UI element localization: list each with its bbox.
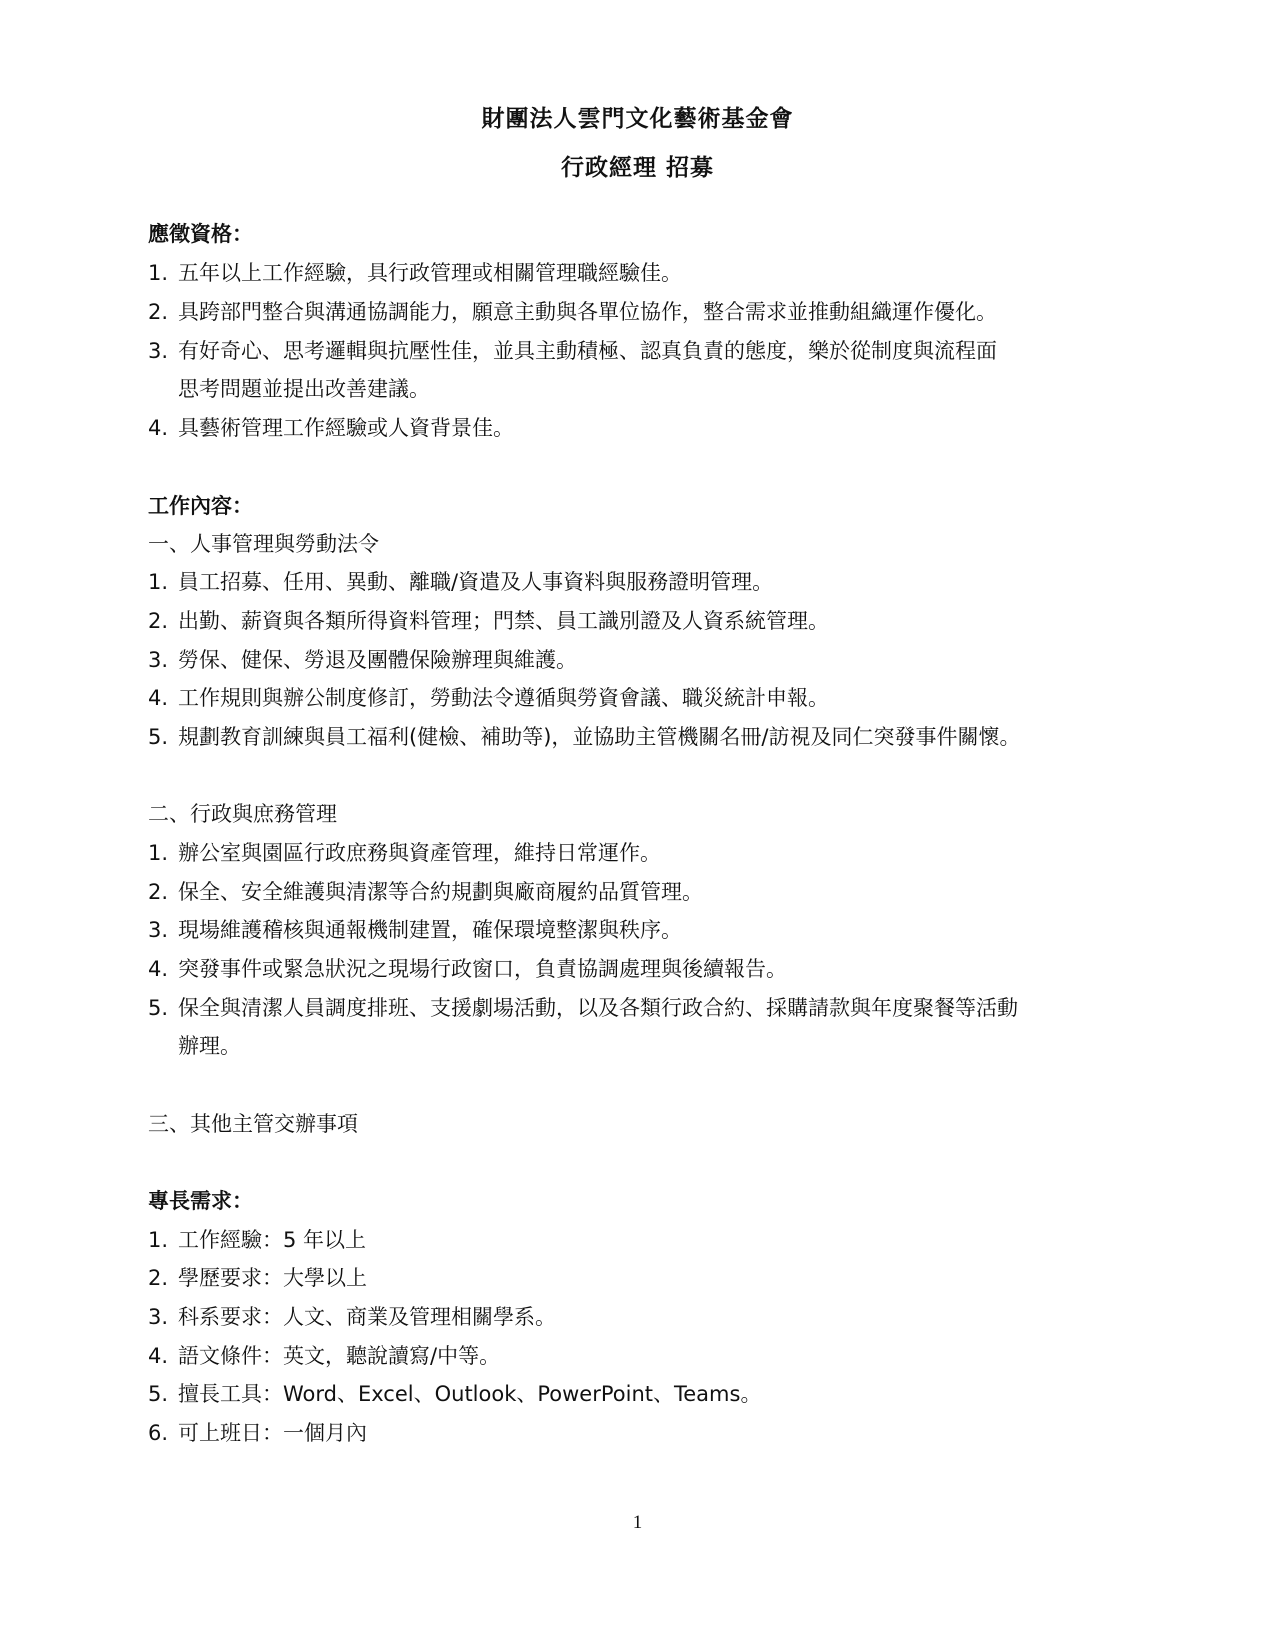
admin-item: 2.保全、安全維護與清潔等合約規劃與廠商履約品質管理。: [148, 878, 703, 906]
qualification-item: 4.具藝術管理工作經驗或人資背景佳。: [148, 414, 514, 442]
item-text: 規劃教育訓練與員工福利(健檢、補助等)，並協助主管機關名冊/訪視及同仁突發事件關…: [178, 725, 1020, 749]
item-number: 1.: [148, 1226, 178, 1254]
hr-item: 5.規劃教育訓練與員工福利(健檢、補助等)，並協助主管機關名冊/訪視及同仁突發事…: [148, 723, 1020, 751]
item-text: 科系要求：人文、商業及管理相關學系。: [178, 1305, 556, 1329]
item-number: 6.: [148, 1419, 178, 1447]
item-number: 2.: [148, 878, 178, 906]
hr-item: 3.勞保、健保、勞退及團體保險辦理與維護。: [148, 646, 577, 674]
admin-item: 1.辦公室與園區行政庶務與資產管理，維持日常運作。: [148, 839, 661, 867]
item-number: 4.: [148, 1342, 178, 1370]
admin-item: 5.保全與清潔人員調度排班、支援劇場活動，以及各類行政合約、採購請款與年度聚餐等…: [148, 994, 1018, 1022]
qualification-item-continuation: 思考問題並提出改善建議。: [178, 375, 430, 403]
item-number: 1.: [148, 568, 178, 596]
item-text: 五年以上工作經驗，具行政管理或相關管理職經驗佳。: [178, 261, 682, 285]
skill-item: 6.可上班日：一個月內: [148, 1419, 367, 1447]
item-text: 勞保、健保、勞退及團體保險辦理與維護。: [178, 648, 577, 672]
qualification-item: 1.五年以上工作經驗，具行政管理或相關管理職經驗佳。: [148, 259, 682, 287]
item-number: 1.: [148, 259, 178, 287]
item-text: 員工招募、任用、異動、離職/資遣及人事資料與服務證明管理。: [178, 570, 773, 594]
item-text: 擅長工具：Word、Excel、Outlook、PowerPoint、Teams…: [178, 1382, 761, 1406]
skill-item: 1.工作經驗：5 年以上: [148, 1226, 366, 1254]
item-text: 辦公室與園區行政庶務與資產管理，維持日常運作。: [178, 841, 661, 865]
item-number: 1.: [148, 839, 178, 867]
page-number: 1: [0, 1512, 1275, 1534]
item-text: 具藝術管理工作經驗或人資背景佳。: [178, 416, 514, 440]
item-text: 工作經驗：5 年以上: [178, 1228, 366, 1252]
skill-item: 3.科系要求：人文、商業及管理相關學系。: [148, 1303, 556, 1331]
item-number: 3.: [148, 1303, 178, 1331]
hr-item: 2.出勤、薪資與各類所得資料管理；門禁、員工識別證及人資系統管理。: [148, 607, 829, 635]
document-page: 財團法人雲門文化藝術基金會 行政經理 招募 應徵資格： 1.五年以上工作經驗，具…: [0, 0, 1275, 1650]
item-number: 5.: [148, 723, 178, 751]
qualifications-heading: 應徵資格：: [148, 220, 253, 248]
item-text: 語文條件：英文，聽說讀寫/中等。: [178, 1344, 500, 1368]
item-number: 3.: [148, 337, 178, 365]
organization-title: 財團法人雲門文化藝術基金會: [0, 100, 1275, 133]
item-number: 4.: [148, 955, 178, 983]
item-number: 4.: [148, 414, 178, 442]
item-number: 2.: [148, 1264, 178, 1292]
item-text: 可上班日：一個月內: [178, 1421, 367, 1445]
section-title-other: 三、其他主管交辦事項: [148, 1110, 358, 1138]
item-number: 5.: [148, 994, 178, 1022]
skills-heading: 專長需求：: [148, 1187, 253, 1215]
item-text: 出勤、薪資與各類所得資料管理；門禁、員工識別證及人資系統管理。: [178, 609, 829, 633]
item-text: 現場維護稽核與通報機制建置，確保環境整潔與秩序。: [178, 918, 682, 942]
section-title-admin: 二、行政與庶務管理: [148, 800, 337, 828]
skill-item: 5.擅長工具：Word、Excel、Outlook、PowerPoint、Tea…: [148, 1380, 761, 1408]
item-text: 具跨部門整合與溝通協調能力，願意主動與各單位協作，整合需求並推動組織運作優化。: [178, 300, 997, 324]
skill-item: 2.學歷要求：大學以上: [148, 1264, 367, 1292]
hr-item: 1.員工招募、任用、異動、離職/資遣及人事資料與服務證明管理。: [148, 568, 773, 596]
section-title-hr: 一、人事管理與勞動法令: [148, 530, 379, 558]
item-number: 5.: [148, 1380, 178, 1408]
item-text: 學歷要求：大學以上: [178, 1266, 367, 1290]
job-title: 行政經理 招募: [0, 149, 1275, 182]
admin-item-continuation: 辦理。: [178, 1032, 241, 1060]
qualification-item: 3.有好奇心、思考邏輯與抗壓性佳，並具主動積極、認真負責的態度，樂於從制度與流程…: [148, 337, 997, 365]
hr-item: 4.工作規則與辦公制度修訂，勞動法令遵循與勞資會議、職災統計申報。: [148, 684, 829, 712]
item-text: 工作規則與辦公制度修訂，勞動法令遵循與勞資會議、職災統計申報。: [178, 686, 829, 710]
item-text: 保全、安全維護與清潔等合約規劃與廠商履約品質管理。: [178, 880, 703, 904]
item-text: 有好奇心、思考邏輯與抗壓性佳，並具主動積極、認真負責的態度，樂於從制度與流程面: [178, 339, 997, 363]
job-content-heading: 工作內容：: [148, 492, 253, 520]
item-text: 保全與清潔人員調度排班、支援劇場活動，以及各類行政合約、採購請款與年度聚餐等活動: [178, 996, 1018, 1020]
skill-item: 4.語文條件：英文，聽說讀寫/中等。: [148, 1342, 500, 1370]
item-text: 突發事件或緊急狀況之現場行政窗口，負責協調處理與後續報告。: [178, 957, 787, 981]
item-number: 2.: [148, 298, 178, 326]
item-number: 3.: [148, 646, 178, 674]
admin-item: 3.現場維護稽核與通報機制建置，確保環境整潔與秩序。: [148, 916, 682, 944]
item-number: 3.: [148, 916, 178, 944]
qualification-item: 2.具跨部門整合與溝通協調能力，願意主動與各單位協作，整合需求並推動組織運作優化…: [148, 298, 997, 326]
item-number: 4.: [148, 684, 178, 712]
item-number: 2.: [148, 607, 178, 635]
admin-item: 4.突發事件或緊急狀況之現場行政窗口，負責協調處理與後續報告。: [148, 955, 787, 983]
